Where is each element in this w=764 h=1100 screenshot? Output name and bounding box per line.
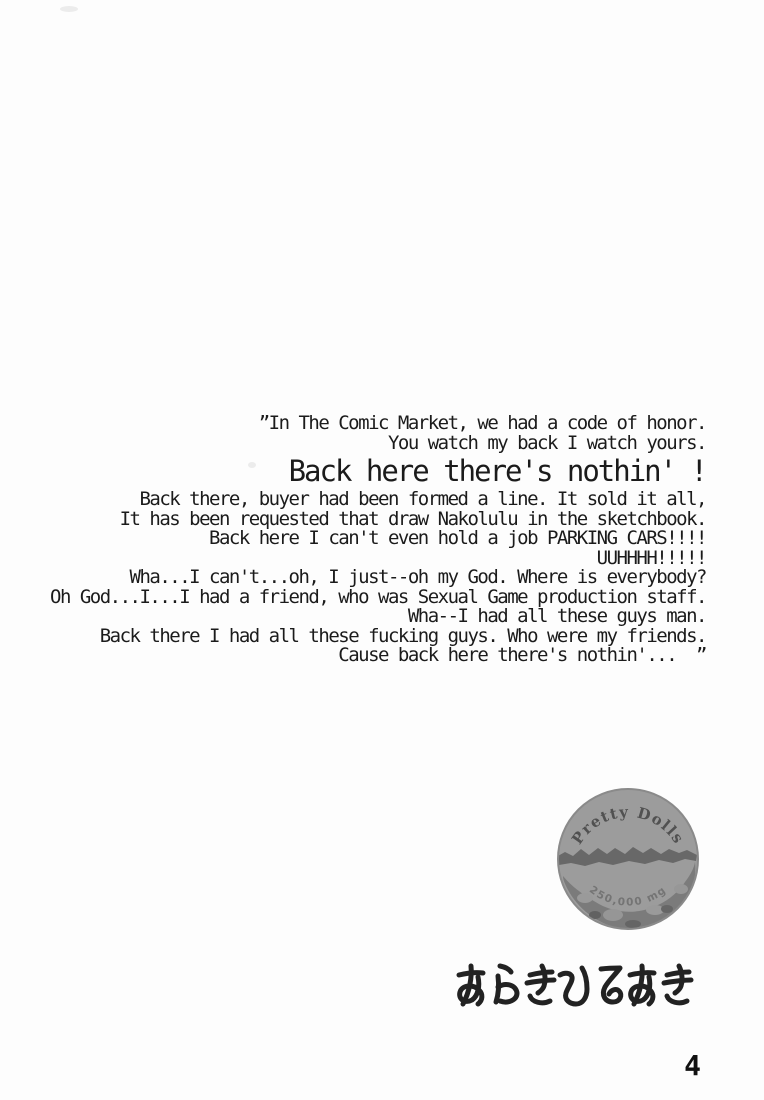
dialogue-line: ”In The Comic Market, we had a code of h… xyxy=(50,414,706,434)
pill-stamp-icon: Pretty Dolls 250,000 mg xyxy=(555,786,701,932)
dialogue-line: Back there, buyer had been formed a line… xyxy=(50,490,706,510)
dialogue-text: ”In The Comic Market, we had a code of h… xyxy=(50,414,706,666)
dialogue-line: Wha--I had all these guys man. xyxy=(50,607,706,627)
dialogue-line: Cause back here there's nothin'... ” xyxy=(50,646,706,666)
scan-speck xyxy=(60,6,78,12)
page-number: 4 xyxy=(684,1049,701,1082)
artist-signature xyxy=(455,963,695,1009)
dialogue-line: Back here I can't even hold a job PARKIN… xyxy=(50,529,706,549)
dialogue-line: You watch my back I watch yours. xyxy=(50,434,706,454)
dialogue-line-emphasized: Back here there's nothin' ! xyxy=(50,453,706,490)
dialogue-line: Wha...I can't...oh, I just--oh my God. W… xyxy=(50,568,706,588)
